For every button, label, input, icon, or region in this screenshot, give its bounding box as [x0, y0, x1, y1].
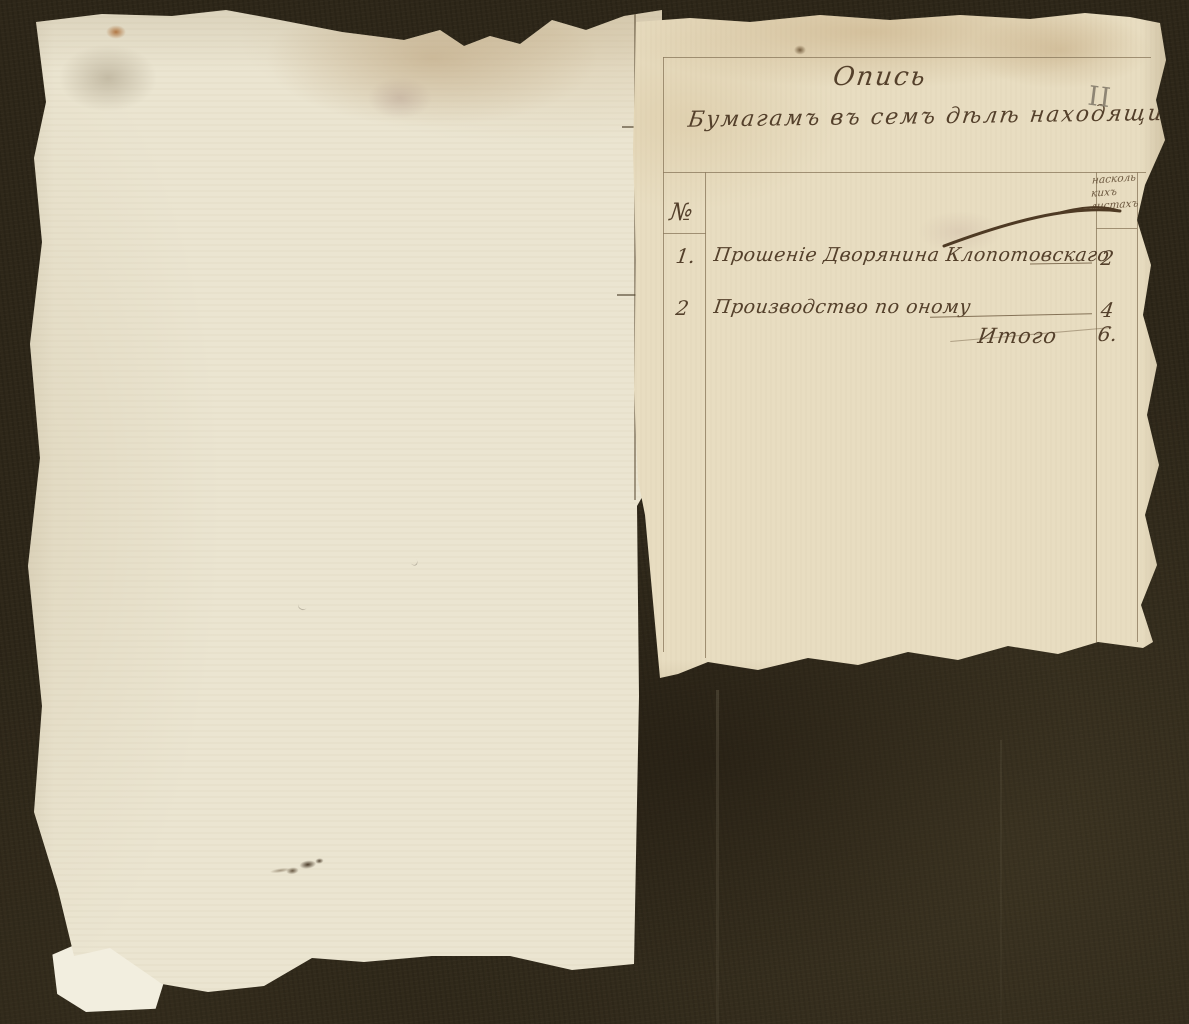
row-sheets: 4	[1099, 298, 1115, 322]
total-label: Итого	[976, 324, 1059, 348]
pencil-folio-number: II	[1086, 81, 1113, 115]
number-column-header: №	[668, 198, 695, 226]
top-rule-horizontal	[663, 57, 1151, 58]
stitch-thread-end	[617, 294, 637, 296]
pencil-mark	[408, 555, 419, 567]
row-sheets: 2	[1099, 246, 1115, 270]
margin-rule-vertical	[663, 57, 664, 652]
pencil-mark	[297, 601, 308, 612]
number-header-underline	[663, 233, 706, 234]
row-description: Производство по оному	[712, 296, 972, 318]
backdrop-crease	[716, 690, 719, 1024]
left-blank-page	[12, 6, 662, 1014]
table-top-rule	[663, 172, 1146, 173]
backdrop-crease	[1000, 740, 1002, 1024]
total-value: 6.	[1096, 322, 1118, 346]
row-number: 1.	[674, 244, 696, 268]
ink-blot-stain	[269, 852, 328, 882]
page-subtitle: Бумагамъ въ семъ дѣлѣ находящимся	[686, 100, 1189, 132]
inventory-page: Опись Бумагамъ въ семъ дѣлѣ находящимся …	[630, 10, 1175, 705]
sheets-column-rule-right	[1137, 172, 1138, 642]
row-number: 2	[674, 296, 690, 320]
number-column-rule	[705, 172, 706, 658]
page-title: Опись	[798, 62, 962, 92]
archival-photo-backdrop: Опись Бумагамъ въ семъ дѣлѣ находящимся …	[0, 0, 1189, 1024]
